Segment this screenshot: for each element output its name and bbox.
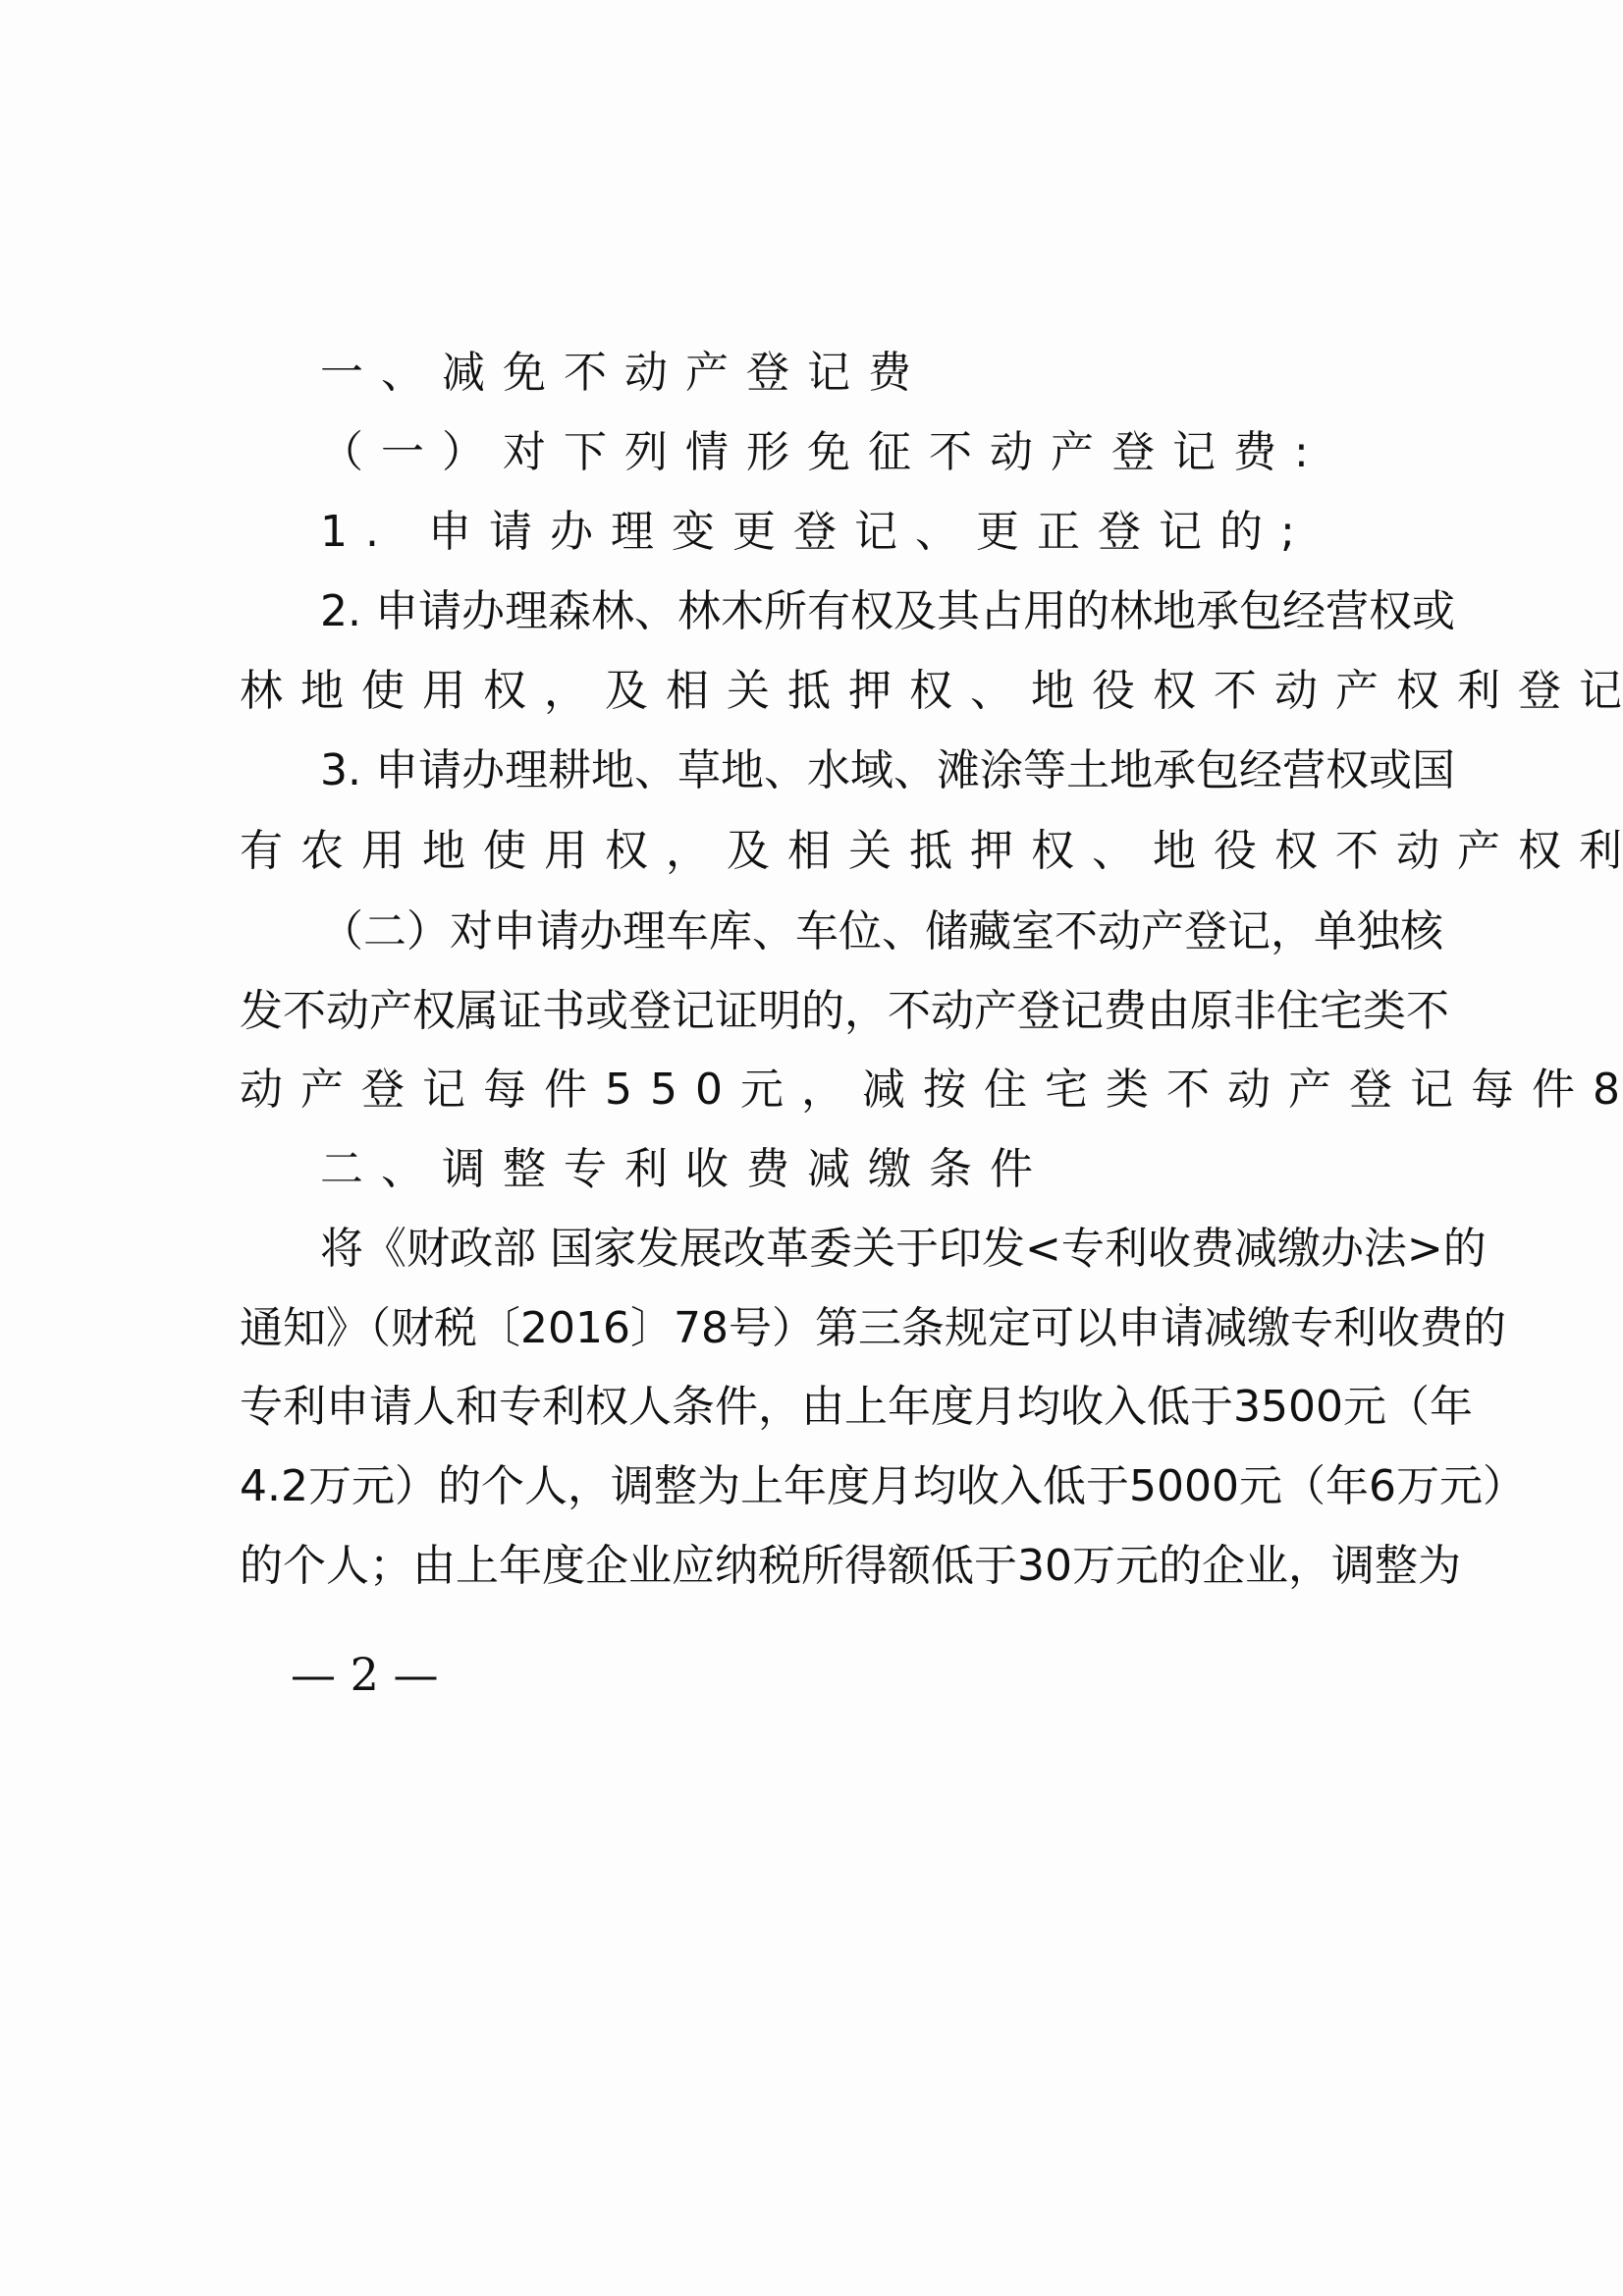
document-page: 一、减免不动产登记费 （一）对下列情形免征不动产登记费: 1. 申请办理变更登记… (0, 0, 1623, 2296)
list-item-1: 1. 申请办理变更登记、更正登记的; (320, 503, 1409, 562)
paragraph-line-1: 将《财政部 国家发展改革委关于印发<专利收费减缴办法>的 (320, 1220, 1409, 1279)
subsection-2-line-1: （二）对申请办理车库、车位、储藏室不动产登记，单独核 (320, 902, 1409, 961)
page-number: — 2 — (291, 1650, 439, 1699)
list-item-3-line-2: 有农用地使用权，及相关抵押权、地役权不动产权利登记的。 (240, 822, 1409, 881)
paragraph-line-4: 4.2万元）的个人，调整为上年度月均收入低于5000元（年6万元） (240, 1457, 1409, 1516)
subsection-heading-1: （一）对下列情形免征不动产登记费: (320, 423, 1409, 482)
list-item-3-line-1: 3. 申请办理耕地、草地、水域、滩涂等土地承包经营权或国 (320, 741, 1409, 800)
paragraph-line-5: 的个人；由上年度企业应纳税所得额低于30万元的企业，调整为 (240, 1537, 1409, 1596)
subsection-2-line-3: 动产登记每件550元，减按住宅类不动产登记每件80元收取。 (240, 1061, 1409, 1120)
section-heading-2: 二、调整专利收费减缴条件 (320, 1140, 1409, 1199)
list-item-2-line-2: 林地使用权，及相关抵押权、地役权不动产权利登记的; (240, 662, 1409, 721)
subsection-2-line-2: 发不动产权属证书或登记证明的，不动产登记费由原非住宅类不 (240, 982, 1409, 1041)
scan-speck (1179, 1303, 1182, 1306)
section-heading-1: 一、减免不动产登记费 (320, 344, 1409, 403)
paragraph-line-3: 专利申请人和专利权人条件，由上年度月均收入低于3500元（年 (240, 1378, 1409, 1437)
list-item-2-line-1: 2. 申请办理森林、林木所有权及其占用的林地承包经营权或 (320, 582, 1409, 641)
paragraph-line-2: 通知》（财税〔2016〕78号）第三条规定可以申请减缴专利收费的 (240, 1299, 1409, 1358)
scan-speck (811, 378, 814, 381)
